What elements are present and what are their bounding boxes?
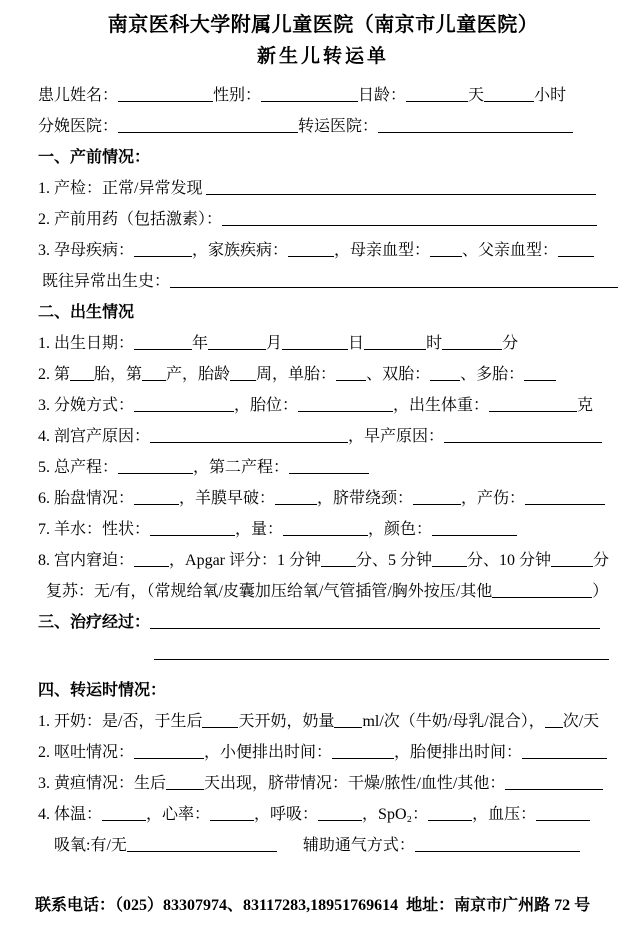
blank-field (413, 490, 461, 505)
form-text: ，胎便排出时间： (394, 744, 522, 761)
form-text: ，呼吸： (254, 806, 318, 823)
amniotic-fluid-line: 7. 羊水：性状：，量：，颜色： (38, 514, 608, 545)
placenta-line: 6. 胎盘情况：，羊膜早破：，脐带绕颈：，产伤： (38, 483, 608, 514)
blank-field (134, 490, 179, 505)
blank-field (524, 366, 556, 381)
spacer (277, 849, 303, 850)
form-text: 天 (468, 87, 484, 104)
blank-field (444, 428, 602, 443)
blank-field (522, 744, 607, 759)
blank-field (484, 87, 534, 102)
form-text: 周，单胎： (256, 366, 336, 383)
blank-field (150, 614, 600, 629)
section-1-header: 一、产前情况： (38, 142, 608, 173)
form-text: ，SpO₂： (362, 806, 428, 823)
form-text: 、双胎： (366, 366, 430, 383)
blank-field (332, 744, 394, 759)
form-text: 天开奶，奶量 (238, 713, 334, 730)
treatment-course-line-2 (154, 638, 608, 669)
blank-field (289, 459, 369, 474)
patient-name-line: 患儿姓名：性别：日龄：天小时 (38, 80, 608, 111)
form-text: 三、治疗经过： (38, 614, 150, 631)
form-text: 2. 第 (38, 366, 70, 383)
blank-field (118, 118, 298, 133)
section-2-header: 二、出生情况 (38, 297, 608, 328)
form-text: 转运医院： (298, 118, 378, 135)
vitals-line: 4. 体温：，心率：，呼吸：，SpO₂：，血压： (38, 799, 608, 830)
oxygen-line: 吸氧:有/无辅助通气方式： (54, 830, 608, 861)
blank-field (492, 583, 592, 598)
form-text: 二、出生情况 (38, 304, 134, 321)
section-4-header: 四、转运时情况： (38, 675, 608, 706)
form-text: 吸氧:有/无 (54, 837, 127, 854)
form-text: 3. 孕母疾病： (38, 242, 134, 259)
form-text: ，脐带绕颈： (317, 490, 413, 507)
blank-field (127, 837, 277, 852)
maternal-disease-line: 3. 孕母疾病：，家族疾病：，母亲血型：、父亲血型： (38, 235, 608, 266)
blank-field (134, 242, 192, 257)
delivery-method-line: 3. 分娩方式：，胎位：，出生体重：克 (38, 390, 608, 421)
form-text: 、父亲血型： (462, 242, 558, 259)
form-text: 性别： (213, 87, 261, 104)
contact-footer: 联系电话：（025）83307974、83117283,18951769614 … (35, 892, 590, 915)
form-text: 小时 (534, 87, 566, 104)
form-text: ，家族疾病： (192, 242, 288, 259)
form-text: 辅助通气方式： (303, 837, 415, 854)
form-text: 日龄： (358, 87, 406, 104)
blank-field (150, 521, 235, 536)
form-text: ，早产原因： (348, 428, 444, 445)
form-text: ） (592, 583, 608, 600)
blank-field (318, 806, 362, 821)
form-text: ，羊膜早破： (179, 490, 275, 507)
blank-field (282, 335, 348, 350)
blank-field (275, 490, 317, 505)
form-text: 、多胎： (460, 366, 524, 383)
form-text: 4. 体温： (38, 806, 102, 823)
apgar-line: 8. 宫内窘迫：，Apgar 评分：1 分钟分、5 分钟分、10 分钟分 (38, 545, 608, 576)
form-text: 患儿姓名： (38, 87, 118, 104)
blank-field (432, 552, 467, 567)
blank-field (222, 211, 597, 226)
resuscitation-line: 复苏：无/有，（常规给氧/皮囊加压给氧/气管插管/胸外按压/其他） (46, 576, 608, 607)
form-text: 1. 出生日期： (38, 335, 134, 352)
form-text: ，Apgar 评分：1 分钟 (169, 552, 321, 569)
blank-field (170, 273, 618, 288)
form-text: 次/天 (563, 713, 599, 730)
blank-field (430, 242, 462, 257)
form-text: 3. 分娩方式： (38, 397, 134, 414)
form-lines: 患儿姓名：性别：日龄：天小时分娩医院：转运医院：一、产前情况：1. 产检：正常/… (38, 80, 608, 861)
form-title: 新生儿转运单 (38, 42, 608, 72)
transfer-form-page: 南京医科大学附属儿童医院（南京市儿童医院） 新生儿转运单 患儿姓名：性别：日龄：… (0, 0, 642, 925)
blank-field (558, 242, 594, 257)
form-text: 7. 羊水：性状： (38, 521, 150, 538)
form-text: 产，胎龄 (166, 366, 230, 383)
labor-duration-line: 5. 总产程：，第二产程： (38, 452, 608, 483)
form-text: ，心率： (146, 806, 210, 823)
blank-field (334, 713, 362, 728)
blank-field (432, 521, 517, 536)
form-text: 4. 剖宫产原因： (38, 428, 150, 445)
form-text: 时 (426, 335, 442, 352)
form-text: 8. 宫内窘迫： (38, 552, 134, 569)
blank-field (206, 180, 596, 195)
prenatal-exam-line: 1. 产检：正常/异常发现 (38, 173, 608, 204)
blank-field (202, 713, 238, 728)
blank-field (283, 521, 368, 536)
form-text: 5. 总产程： (38, 459, 118, 476)
form-text: 四、转运时情况： (38, 682, 166, 699)
cesarean-reason-line: 4. 剖宫产原因：，早产原因： (38, 421, 608, 452)
form-text: 1. 产检：正常/异常发现 (38, 180, 206, 197)
form-text: 分 (502, 335, 518, 352)
blank-field (70, 366, 94, 381)
blank-field (378, 118, 573, 133)
form-text: 年 (192, 335, 208, 352)
blank-field (288, 242, 334, 257)
abnormal-birth-history-line: 既往异常出生史： (42, 266, 608, 297)
blank-field (210, 806, 254, 821)
blank-field (134, 397, 234, 412)
form-text: ，第二产程： (193, 459, 289, 476)
blank-field (208, 335, 266, 350)
blank-field (134, 744, 204, 759)
form-text: 2. 产前用药（包括激素）： (38, 211, 222, 228)
blank-field (261, 87, 358, 102)
blank-field (134, 335, 192, 350)
form-text: ，出生体重： (393, 397, 489, 414)
form-text: 3. 黄疸情况：生后 (38, 775, 166, 792)
blank-field (298, 397, 393, 412)
form-text: ，颜色： (368, 521, 432, 538)
form-text: 1. 开奶：是/否，于生后 (38, 713, 202, 730)
form-text: ，胎位： (234, 397, 298, 414)
form-text: 2. 呕吐情况： (38, 744, 134, 761)
form-text: ml/次（牛奶/母乳/混合）， (362, 713, 544, 730)
form-text: ，量： (235, 521, 283, 538)
vomiting-line: 2. 呕吐情况：，小便排出时间：，胎便排出时间： (38, 737, 608, 768)
blank-field (150, 428, 348, 443)
form-text: 胎，第 (94, 366, 142, 383)
blank-field (364, 335, 426, 350)
form-text: 分 (593, 552, 609, 569)
blank-field (142, 366, 166, 381)
blank-field (442, 335, 502, 350)
form-text: 分、10 分钟 (467, 552, 551, 569)
blank-field (154, 645, 609, 660)
blank-field (415, 837, 580, 852)
blank-field (230, 366, 256, 381)
blank-field (489, 397, 577, 412)
form-text: 复苏：无/有，（常规给氧/皮囊加压给氧/气管插管/胸外按压/其他 (46, 583, 492, 600)
treatment-course-line: 三、治疗经过： (38, 607, 608, 638)
blank-field (430, 366, 460, 381)
form-text: 天出现，脐带情况：干燥/脓性/血性/其他： (204, 775, 505, 792)
blank-field (406, 87, 468, 102)
blank-field (505, 775, 603, 790)
form-text: ，血压： (472, 806, 536, 823)
birth-date-line: 1. 出生日期：年月日时分 (38, 328, 608, 359)
blank-field (545, 713, 563, 728)
form-text: 月 (266, 335, 282, 352)
gestation-line: 2. 第胎，第产，胎龄周，单胎：、双胎：、多胎： (38, 359, 608, 390)
form-text: 克 (577, 397, 593, 414)
form-text: ，小便排出时间： (204, 744, 332, 761)
form-text: 既往异常出生史： (42, 273, 170, 290)
form-text: ，产伤： (461, 490, 525, 507)
jaundice-line: 3. 黄疸情况：生后天出现，脐带情况：干燥/脓性/血性/其他： (38, 768, 608, 799)
form-text: 日 (348, 335, 364, 352)
form-text: 一、产前情况： (38, 149, 150, 166)
blank-field (102, 806, 146, 821)
blank-field (428, 806, 472, 821)
blank-field (118, 87, 213, 102)
hospital-line: 分娩医院：转运医院： (38, 111, 608, 142)
form-text: 分、5 分钟 (356, 552, 432, 569)
blank-field (525, 490, 605, 505)
blank-field (551, 552, 593, 567)
blank-field (536, 806, 590, 821)
form-text: 6. 胎盘情况： (38, 490, 134, 507)
prenatal-medication-line: 2. 产前用药（包括激素）： (38, 204, 608, 235)
blank-field (118, 459, 193, 474)
blank-field (166, 775, 204, 790)
blank-field (321, 552, 356, 567)
form-text: ，母亲血型： (334, 242, 430, 259)
hospital-title: 南京医科大学附属儿童医院（南京市儿童医院） (38, 10, 608, 40)
feeding-line: 1. 开奶：是/否，于生后天开奶，奶量ml/次（牛奶/母乳/混合），次/天 (38, 706, 608, 737)
blank-field (134, 552, 169, 567)
blank-field (336, 366, 366, 381)
form-text: 分娩医院： (38, 118, 118, 135)
